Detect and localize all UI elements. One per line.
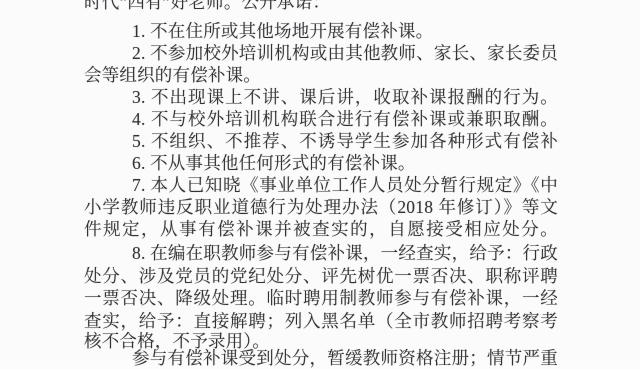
document-line-item-8: 8. 在编在职教师参与有偿补课，一经查实，给予：行政	[84, 242, 558, 264]
document-line-paragraph: 参与有偿补课受到处分，暂缓教师资格注册；情节严重	[84, 347, 558, 360]
document-line-item-5: 5. 不组织、不推荐、不诱导学生参加各种形式有偿补课。	[84, 130, 558, 152]
document-line-continuation: 一票否决、降级处理。临时聘用制教师参与有偿补课，一经	[84, 287, 558, 309]
document-line-continuation: 查实，给予：直接解聘；列入黑名单（全市教师招聘考察考	[84, 310, 558, 332]
document-line-item-6: 6. 不从事其他任何形式的有偿补课。	[84, 152, 558, 174]
document-line-continuation: 件规定，从事有偿补课并被查实的，自愿接受相应处分。	[84, 218, 558, 240]
document-line-continuation: 会等组织的有偿补课。	[84, 64, 558, 86]
document-line-item-1: 1. 不在住所或其他场地开展有偿补课。	[84, 20, 558, 42]
document-line-item-7: 7. 本人已知晓《事业单位工作人员处分暂行规定》《中	[84, 174, 558, 196]
document-page: 时代“四有”好老师。公开承诺： 1. 不在住所或其他场地开展有偿补课。 2. 不…	[84, 0, 558, 360]
document-line-item-4: 4. 不与校外培训机构联合进行有偿补课或兼职取酬。	[84, 108, 558, 130]
document-line-continuation: 处分、涉及党员的党纪处分、评先树优一票否决、职称评聘	[84, 265, 558, 287]
document-line-item-2: 2. 不参加校外培训机构或由其他教师、家长、家长委员	[84, 42, 558, 64]
document-line-continuation: 小学教师违反职业道德行为处理办法（2018 年修订）》等文	[84, 196, 558, 218]
document-line-item-3: 3. 不出现课上不讲、课后讲，收取补课报酬的行为。	[84, 86, 558, 108]
document-line-continuation: 时代“四有”好老师。公开承诺：	[84, 0, 558, 13]
